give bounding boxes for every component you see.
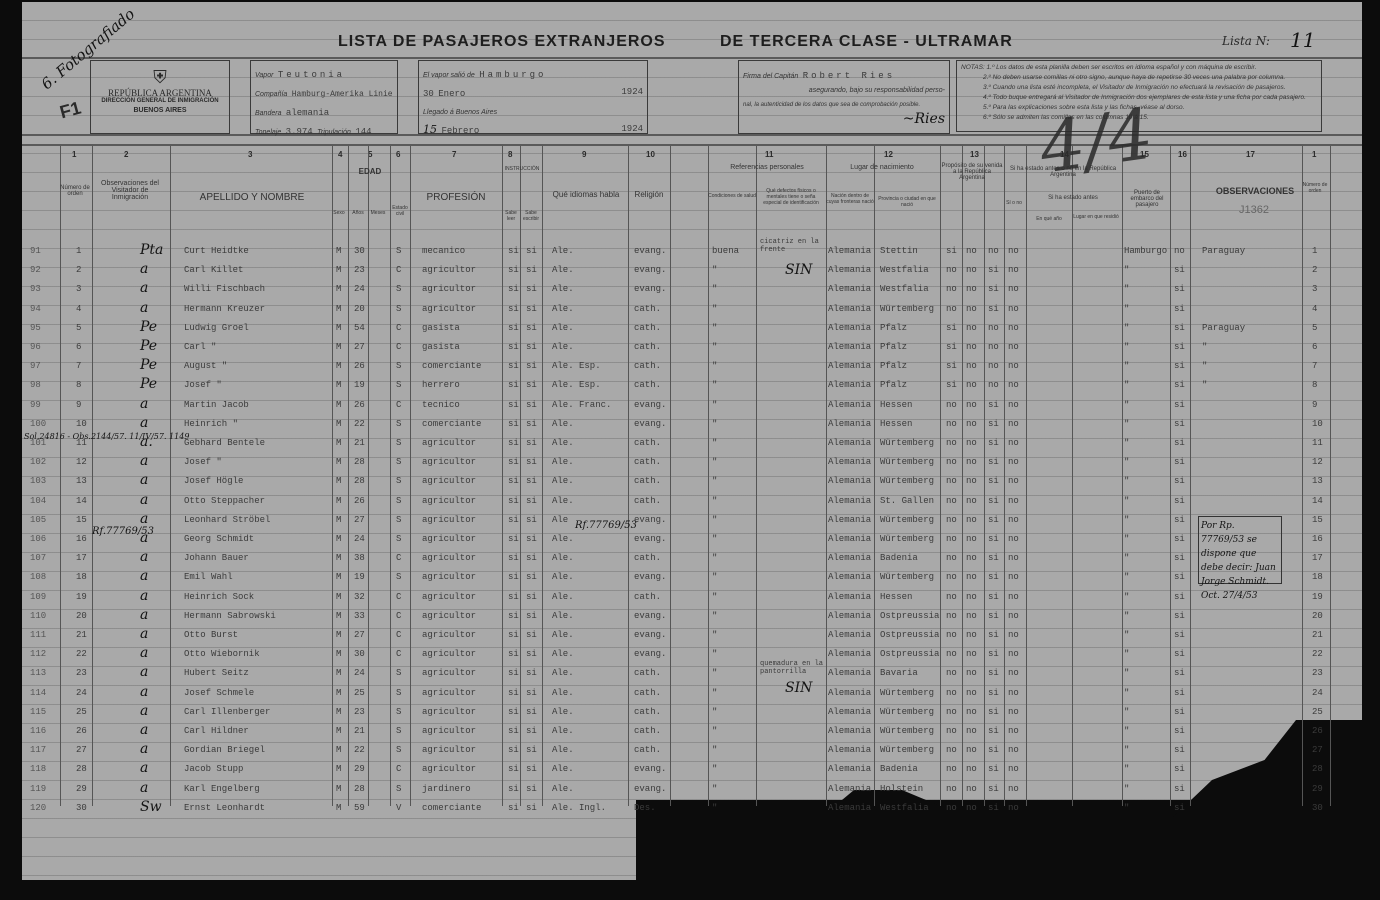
health: " [712, 265, 717, 275]
embarkation-port: " [1124, 496, 1129, 506]
embarkation-port: " [1124, 476, 1129, 486]
can-read: si [508, 784, 519, 794]
purpose-1: no [946, 553, 957, 563]
birth-nation: Alemania [828, 764, 871, 774]
order-number: 7 [76, 361, 81, 371]
can-read: si [508, 592, 519, 602]
embarkation-port: " [1124, 707, 1129, 717]
purpose-4: no [1008, 304, 1019, 314]
profession: agricultor [422, 265, 476, 275]
passenger-name: Emil Wahl [184, 572, 233, 582]
header-meses: Meses [368, 210, 388, 216]
order-number-right: 4 [1312, 304, 1317, 314]
passenger-name: Gebhard Bentele [184, 438, 265, 448]
purpose-4: no [1008, 419, 1019, 429]
visitor-mark: a [140, 607, 148, 623]
age: 27 [354, 515, 365, 525]
civil-status: S [396, 688, 401, 698]
profession: agricultor [422, 649, 476, 659]
column-16: si [1174, 784, 1185, 794]
order-number: 9 [76, 400, 81, 410]
order-number: 13 [76, 476, 87, 486]
purpose-4: no [1008, 630, 1019, 640]
age: 26 [354, 496, 365, 506]
header-estado-civil: Estado civil [390, 205, 410, 217]
birth-province: Ostpreussia [880, 630, 939, 640]
religion: cath. [634, 361, 661, 371]
can-write: si [526, 553, 537, 563]
column-16: si [1174, 419, 1185, 429]
order-number: 14 [76, 496, 87, 506]
profession: agricultor [422, 764, 476, 774]
divider [22, 57, 1362, 59]
birth-province: Bavaria [880, 668, 918, 678]
purpose-3: no [988, 380, 999, 390]
column-16: si [1174, 284, 1185, 294]
table-row: 999aMartin JacobM26CtecnicosisiAle. Fran… [22, 396, 1362, 415]
list-number: 11 [1290, 28, 1315, 52]
column-16: si [1174, 476, 1185, 486]
purpose-2: no [966, 707, 977, 717]
birth-nation: Alemania [828, 649, 871, 659]
languages: Ale. [552, 668, 574, 678]
embarkation-port: " [1124, 284, 1129, 294]
passenger-name: Heinrich Sock [184, 592, 254, 602]
visitor-mark: a [140, 741, 148, 757]
health: " [712, 284, 717, 294]
languages: Ale. [552, 688, 574, 698]
languages: Ale. Esp. [552, 380, 601, 390]
purpose-3: si [988, 553, 999, 563]
header-provincia: Provincia o ciudad en que nació [876, 196, 938, 208]
birth-province: Pfalz [880, 380, 907, 390]
header-edad: EDAD [350, 167, 390, 176]
purpose-2: no [966, 688, 977, 698]
line-number: 102 [30, 457, 46, 467]
purpose-1: no [946, 438, 957, 448]
age: 26 [354, 400, 365, 410]
sex: M [336, 726, 341, 736]
purpose-3: si [988, 745, 999, 755]
birth-nation: Alemania [828, 592, 871, 602]
table-row: 11121aOtto BurstM27CagricultorsisiAle.ev… [22, 626, 1362, 645]
sex: M [336, 284, 341, 294]
header-puerto-embarco: Puerto de embarco del pasajero [1124, 190, 1170, 208]
column-16: si [1174, 515, 1185, 525]
purpose-1: si [946, 246, 957, 256]
age: 28 [354, 784, 365, 794]
order-number-right: 8 [1312, 380, 1317, 390]
line-number: 100 [30, 419, 46, 429]
visitor-mark: Pe [140, 357, 157, 373]
column-number: 10 [646, 150, 655, 159]
column-16: si [1174, 630, 1185, 640]
purpose-3: no [988, 323, 999, 333]
birth-nation: Alemania [828, 342, 871, 352]
purpose-1: no [946, 496, 957, 506]
voyage-box: El vapor salió de Hamburgo 30 Enero 1924… [418, 60, 648, 134]
departure-year: 1924 [621, 84, 643, 100]
sex: M [336, 803, 341, 813]
purpose-2: no [966, 457, 977, 467]
line-number: 96 [30, 342, 41, 352]
birth-province: Hessen [880, 592, 912, 602]
birth-province: Würtemberg [880, 707, 934, 717]
column-number: 11 [765, 150, 773, 159]
order-number: 23 [76, 668, 87, 678]
embarkation-port: " [1124, 457, 1129, 467]
can-write: si [526, 284, 537, 294]
visitor-mark: Pe [140, 338, 157, 354]
passenger-name: Hermann Kreuzer [184, 304, 265, 314]
order-number-right: 17 [1312, 553, 1323, 563]
health: " [712, 400, 717, 410]
health: " [712, 745, 717, 755]
sex: M [336, 304, 341, 314]
purpose-3: si [988, 572, 999, 582]
birth-nation: Alemania [828, 534, 871, 544]
sex: M [336, 380, 341, 390]
purpose-3: no [988, 246, 999, 256]
embarkation-port: " [1124, 380, 1129, 390]
visitor-mark: a [140, 511, 148, 527]
religion: cath. [634, 476, 661, 486]
purpose-2: no [966, 764, 977, 774]
religion: cath. [634, 438, 661, 448]
arrival-label: Llegado á Buenos Aires [423, 109, 497, 116]
passenger-name: Gordian Briegel [184, 745, 265, 755]
visitor-mark: a [140, 261, 148, 277]
purpose-3: si [988, 438, 999, 448]
can-write: si [526, 323, 537, 333]
profession: agricultor [422, 572, 476, 582]
civil-status: S [396, 534, 401, 544]
visitor-mark: a [140, 568, 148, 584]
birth-province: Ostpreussia [880, 611, 939, 621]
religion: evang. [634, 534, 666, 544]
order-number-right: 25 [1312, 707, 1323, 717]
can-write: si [526, 438, 537, 448]
civil-status: C [396, 630, 401, 640]
departure-port: Hamburgo [479, 70, 546, 80]
passenger-name: Karl Engelberg [184, 784, 260, 794]
purpose-1: si [946, 361, 957, 371]
order-number-right: 5 [1312, 323, 1317, 333]
religion: cath. [634, 380, 661, 390]
can-read: si [508, 361, 519, 371]
visitor-mark: a [140, 645, 148, 661]
order-number-right: 2 [1312, 265, 1317, 275]
purpose-3: si [988, 419, 999, 429]
line-number: 107 [30, 553, 46, 563]
purpose-4: no [1008, 688, 1019, 698]
order-number-right: 26 [1312, 726, 1323, 736]
age: 23 [354, 265, 365, 275]
embarkation-port: " [1124, 419, 1129, 429]
passenger-name: Johann Bauer [184, 553, 249, 563]
line-number: 95 [30, 323, 41, 333]
table-row: 10919aHeinrich SockM32CagricultorsisiAle… [22, 588, 1362, 607]
observation: " [1202, 342, 1207, 352]
religion: evang. [634, 764, 666, 774]
purpose-2: no [966, 419, 977, 429]
can-write: si [526, 784, 537, 794]
birth-nation: Alemania [828, 323, 871, 333]
can-read: si [508, 400, 519, 410]
civil-status: C [396, 323, 401, 333]
crew-label: Tripulación [317, 129, 351, 136]
birth-province: Badenia [880, 764, 918, 774]
passenger-name: Carl Illenberger [184, 707, 270, 717]
purpose-2: no [966, 304, 977, 314]
birth-nation: Alemania [828, 668, 871, 678]
age: 25 [354, 688, 365, 698]
languages: Ale. Esp. [552, 361, 601, 371]
order-number-right: 3 [1312, 284, 1317, 294]
purpose-4: no [1008, 745, 1019, 755]
column-16: si [1174, 592, 1185, 602]
header-profesion: PROFESIÓN [410, 192, 502, 203]
health: buena [712, 246, 739, 256]
column-16: si [1174, 611, 1185, 621]
column-16: si [1174, 803, 1185, 813]
embarkation-port: " [1124, 400, 1129, 410]
header-anios: Años [348, 210, 368, 216]
religion: cath. [634, 323, 661, 333]
visitor-mark: a [140, 300, 148, 316]
header-sabe-escribir: Sabe escribir [520, 210, 542, 222]
order-number-right: 30 [1312, 803, 1323, 813]
languages: Ale. [552, 630, 574, 640]
embarkation-port: " [1124, 784, 1129, 794]
birth-nation: Alemania [828, 457, 871, 467]
arrival-day: 15 [423, 123, 437, 136]
captain-signature: ~Ries [743, 112, 945, 126]
table-row: 12030SwErnst LeonhardtM59Vcomerciantesis… [22, 799, 1362, 818]
purpose-2: no [966, 284, 977, 294]
religion: evang. [634, 572, 666, 582]
birth-province: Würtemberg [880, 304, 934, 314]
purpose-2: no [966, 323, 977, 333]
passenger-name: Martin Jacob [184, 400, 249, 410]
column-number: 4 [338, 150, 342, 159]
purpose-2: no [966, 476, 977, 486]
can-write: si [526, 476, 537, 486]
table-row: 922aCarl KilletM23CagricultorsisiAle.eva… [22, 261, 1362, 280]
order-number-right: 12 [1312, 457, 1323, 467]
passenger-name: August " [184, 361, 227, 371]
can-write: si [526, 246, 537, 256]
religion: cath. [634, 726, 661, 736]
birth-province: Westfalia [880, 803, 929, 813]
health: " [712, 476, 717, 486]
languages: Ale. [552, 592, 574, 602]
line-number: 119 [30, 784, 46, 794]
order-number-right: 7 [1312, 361, 1317, 371]
profession: agricultor [422, 438, 476, 448]
column-16: si [1174, 400, 1185, 410]
sex: M [336, 611, 341, 621]
birth-province: Badenia [880, 553, 918, 563]
authority-city: BUENOS AIRES [91, 107, 229, 114]
table-row: 11020aHermann SabrowskiM33Cagricultorsis… [22, 607, 1362, 626]
header-numero-orden-right: Número de orden [1302, 182, 1328, 194]
sin-annotation: SIN [785, 680, 812, 696]
birth-nation: Alemania [828, 611, 871, 621]
column-16: si [1174, 764, 1185, 774]
table-row: 11525aCarl IllenbergerM23Sagricultorsisi… [22, 703, 1362, 722]
age: 26 [354, 361, 365, 371]
religion: evang. [634, 419, 666, 429]
birth-province: St. Gallen [880, 496, 934, 506]
purpose-2: no [966, 784, 977, 794]
purpose-3: si [988, 688, 999, 698]
can-write: si [526, 630, 537, 640]
table-row: 11323aHubert SeitzM24SagricultorsisiAle.… [22, 664, 1362, 683]
purpose-4: no [1008, 438, 1019, 448]
languages: Ale. [552, 572, 574, 582]
purpose-1: no [946, 515, 957, 525]
table-row: 11222aOtto WiebornikM30CagricultorsisiAl… [22, 645, 1362, 664]
visitor-mark: a [140, 780, 148, 796]
purpose-2: no [966, 592, 977, 602]
civil-status: S [396, 515, 401, 525]
can-write: si [526, 400, 537, 410]
purpose-4: no [1008, 400, 1019, 410]
row16-reference-idioma: Rf.77769/53 [575, 520, 637, 531]
sex: M [336, 745, 341, 755]
stamp-number: J1362 [1224, 204, 1284, 216]
column-16: si [1174, 688, 1185, 698]
profession: agricultor [422, 284, 476, 294]
purpose-2: no [966, 342, 977, 352]
can-read: si [508, 342, 519, 352]
sex: M [336, 496, 341, 506]
birth-province: Pfalz [880, 361, 907, 371]
table-row: 966PeCarl "M27CgasistasisiAle.cath."Alem… [22, 338, 1362, 357]
civil-status: S [396, 726, 401, 736]
sex: M [336, 342, 341, 352]
purpose-3: si [988, 457, 999, 467]
birth-nation: Alemania [828, 380, 871, 390]
birth-nation: Alemania [828, 707, 871, 717]
profession: agricultor [422, 496, 476, 506]
observation: " [1202, 380, 1207, 390]
can-read: si [508, 726, 519, 736]
order-number: 6 [76, 342, 81, 352]
health: " [712, 457, 717, 467]
line-number: 108 [30, 572, 46, 582]
passenger-name: Willi Fischbach [184, 284, 265, 294]
departure-label: El vapor salió de [423, 72, 475, 79]
languages: Ale. [552, 534, 574, 544]
civil-status: S [396, 668, 401, 678]
line-number: 97 [30, 361, 41, 371]
visitor-mark: a [140, 415, 148, 431]
purpose-1: no [946, 534, 957, 544]
observation: Paraguay [1202, 323, 1245, 333]
health: " [712, 668, 717, 678]
header-observaciones: OBSERVACIONES [1196, 186, 1314, 196]
visitor-mark: a [140, 626, 148, 642]
arrival-month: Febrero [441, 126, 479, 136]
embarkation-port: " [1124, 726, 1129, 736]
religion: cath. [634, 304, 661, 314]
purpose-4: no [1008, 284, 1019, 294]
purpose-1: no [946, 630, 957, 640]
birth-nation: Alemania [828, 630, 871, 640]
purpose-4: no [1008, 803, 1019, 813]
purpose-4: no [1008, 361, 1019, 371]
purpose-1: no [946, 457, 957, 467]
line-number: 116 [30, 726, 46, 736]
header-si-ha-estado: Si ha estado antes [1026, 195, 1120, 201]
order-number-right: 19 [1312, 592, 1323, 602]
visitor-mark: a [140, 453, 148, 469]
visitor-mark: Pe [140, 376, 157, 392]
order-number: 3 [76, 284, 81, 294]
profession: agricultor [422, 707, 476, 717]
can-write: si [526, 592, 537, 602]
health: " [712, 515, 717, 525]
order-number: 1 [76, 246, 81, 256]
purpose-2: no [966, 438, 977, 448]
order-number-right: 27 [1312, 745, 1323, 755]
visitor-mark: a [140, 722, 148, 738]
passenger-name: Ernst Leonhardt [184, 803, 265, 813]
civil-status: S [396, 380, 401, 390]
birth-province: Pfalz [880, 323, 907, 333]
purpose-4: no [1008, 611, 1019, 621]
birth-province: Pfalz [880, 342, 907, 352]
purpose-2: no [966, 515, 977, 525]
purpose-3: si [988, 630, 999, 640]
physical-marks: quemadura en la pantorrilla [760, 660, 826, 676]
birth-nation: Alemania [828, 400, 871, 410]
languages: Ale. [552, 496, 574, 506]
purpose-1: no [946, 304, 957, 314]
table-row: 11727aGordian BriegelM22SagricultorsisiA… [22, 741, 1362, 760]
purpose-2: no [966, 361, 977, 371]
captain-certify: asegurando, bajo su responsabilidad pers… [743, 84, 945, 98]
purpose-2: no [966, 745, 977, 755]
profession: agricultor [422, 534, 476, 544]
header-idiomas: Qué idiomas habla [544, 190, 628, 199]
line-number: 112 [30, 649, 46, 659]
purpose-3: si [988, 476, 999, 486]
purpose-2: no [966, 246, 977, 256]
order-number: 4 [76, 304, 81, 314]
birth-province: Würtemberg [880, 515, 934, 525]
profession: agricultor [422, 553, 476, 563]
header-instruccion: INSTRUCCIÓN [502, 166, 542, 172]
header-observaciones-visitador: Observaciones del Visitador de Inmigraci… [95, 180, 165, 201]
languages: Ale. [552, 265, 574, 275]
religion: evang. [634, 784, 666, 794]
sex: M [336, 572, 341, 582]
civil-status: S [396, 457, 401, 467]
embarkation-port: " [1124, 438, 1129, 448]
sex: M [336, 419, 341, 429]
can-write: si [526, 764, 537, 774]
note-1: NOTAS: 1.º Los datos de esta planilla de… [961, 63, 1317, 73]
order-number-right: 10 [1312, 419, 1323, 429]
languages: Ale. [552, 745, 574, 755]
can-read: si [508, 803, 519, 813]
flag-label: Bandera [255, 110, 281, 117]
line-number: 113 [30, 668, 46, 678]
languages: Ale. [552, 784, 574, 794]
